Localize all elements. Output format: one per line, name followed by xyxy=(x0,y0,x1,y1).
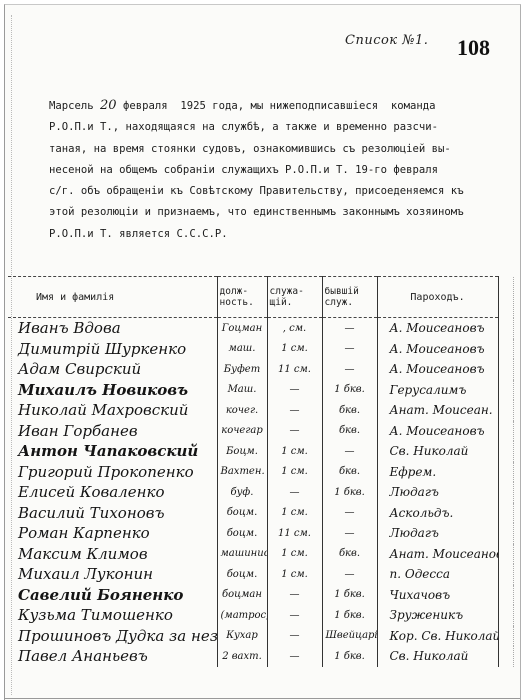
former-service-cell: 1 бкв. xyxy=(322,482,377,503)
handwritten-date: 20 xyxy=(100,98,117,113)
ship-cell: Св. Николай xyxy=(377,441,498,462)
former-service-cell: Швейцарія xyxy=(322,626,377,647)
position-cell: боцман xyxy=(217,585,267,606)
crew-name-cell: Максим Климов xyxy=(8,544,217,565)
crew-name-cell: Адам Свирский xyxy=(8,359,217,380)
row-spacer xyxy=(498,441,513,462)
position-cell: кочегар xyxy=(217,421,267,442)
crew-name-cell: Антон Чапаковский xyxy=(8,441,217,462)
statement-line: февраля 1925 года, мы нижеподписавшіеся … xyxy=(117,100,436,112)
crew-name-cell: Григорий Прокопенко xyxy=(8,462,217,483)
term-cell: — xyxy=(267,626,322,647)
table-row: Михаил Луконинбоцм.1 см.—п. Одесса xyxy=(8,564,513,585)
position-cell: кочег. xyxy=(217,400,267,421)
former-service-cell: бкв. xyxy=(322,421,377,442)
statement-line: Р.О.П.и Т. является С.С.С.Р. xyxy=(49,228,228,240)
ship-cell: Св. Николай xyxy=(377,646,498,667)
statement-line: Р.О.П.и Т., находящаяся на службѣ, а так… xyxy=(49,121,438,133)
statement-line: этой резолюціи и признаемъ, что единстве… xyxy=(49,206,464,218)
ship-cell: А. Моисеановъ xyxy=(377,318,498,339)
crew-name-cell: Иванъ Вдова xyxy=(8,318,217,339)
table-row: Василий Тихоновъбоцм.1 см.—Аскольдъ. xyxy=(8,503,513,524)
term-cell: — xyxy=(267,605,322,626)
crew-name-cell: Павел Ананьевъ xyxy=(8,646,217,667)
crew-name-cell: Василий Тихоновъ xyxy=(8,503,217,524)
table-row: Павел Ананьевъ2 вахт.—1 бкв.Св. Николай xyxy=(8,646,513,667)
table-row: Михаилъ НовиковъМаш.—1 бкв.Герусалимъ xyxy=(8,380,513,401)
table-row: Максим Климовмашинист1 см.бкв.Анат. Моис… xyxy=(8,544,513,565)
position-cell: маш. xyxy=(217,339,267,360)
former-service-cell: — xyxy=(322,523,377,544)
term-cell: , см. xyxy=(267,318,322,339)
crew-name-cell: Михаилъ Новиковъ xyxy=(8,380,217,401)
table-row: Иван Горбаневкочегар—бкв.А. Моисеановъ xyxy=(8,421,513,442)
position-cell: Гоцман xyxy=(217,318,267,339)
row-spacer xyxy=(498,339,513,360)
table-row: Григорий ПрокопенкоВахтен.1 см.бкв.Ефрем… xyxy=(8,462,513,483)
position-cell: Вахтен. xyxy=(217,462,267,483)
ship-cell: Людагъ xyxy=(377,482,498,503)
row-spacer xyxy=(498,605,513,626)
table-header-row: Имя и фамилія долж- ность. служа- щій. б… xyxy=(8,277,513,318)
crew-name-cell: Димитрій Шуркенко xyxy=(8,339,217,360)
crew-name-cell: Елисей Коваленко xyxy=(8,482,217,503)
term-cell: 1 см. xyxy=(267,339,322,360)
former-service-cell: 1 бкв. xyxy=(322,646,377,667)
crew-name-cell: Николай Махровский xyxy=(8,400,217,421)
table-row: Адам СвирскийБуфет11 см.—А. Моисеановъ xyxy=(8,359,513,380)
page-number: 108 xyxy=(457,35,490,61)
position-cell: Маш. xyxy=(217,380,267,401)
position-cell: боцм. xyxy=(217,564,267,585)
position-cell: боцм. xyxy=(217,523,267,544)
ship-cell: Ефрем. xyxy=(377,462,498,483)
position-cell: машинист xyxy=(217,544,267,565)
crew-roster-table: Имя и фамилія долж- ность. служа- щій. б… xyxy=(8,276,514,667)
former-service-cell: — xyxy=(322,339,377,360)
former-service-cell: 1 бкв. xyxy=(322,380,377,401)
former-service-cell: 1 бкв. xyxy=(322,605,377,626)
list-title: Список №1. xyxy=(345,33,428,48)
former-service-cell: бкв. xyxy=(322,544,377,565)
term-cell: — xyxy=(267,482,322,503)
page-bottom-edge xyxy=(4,698,520,699)
term-cell: 1 см. xyxy=(267,564,322,585)
term-cell: — xyxy=(267,380,322,401)
statement-line: Марсель xyxy=(49,100,100,112)
term-cell: 1 см. xyxy=(267,503,322,524)
position-cell: боцм. xyxy=(217,503,267,524)
position-cell: Буфет xyxy=(217,359,267,380)
crew-name-cell: Михаил Луконин xyxy=(8,564,217,585)
former-service-cell: — xyxy=(322,503,377,524)
former-service-cell: — xyxy=(322,318,377,339)
row-spacer xyxy=(498,400,513,421)
ship-cell: Анат. Моисеан. xyxy=(377,400,498,421)
ship-cell: п. Одесса xyxy=(377,564,498,585)
table-row: Николай Махровскийкочег.—бкв.Анат. Моисе… xyxy=(8,400,513,421)
former-service-cell: бкв. xyxy=(322,400,377,421)
position-cell: Кухар xyxy=(217,626,267,647)
statement-line: несеной на общемъ собраніи служащихъ Р.О… xyxy=(49,164,438,176)
term-cell: — xyxy=(267,400,322,421)
crew-name-cell: Кузьма Тимошенко xyxy=(8,605,217,626)
position-cell: Боцм. xyxy=(217,441,267,462)
term-cell: 1 см. xyxy=(267,462,322,483)
table-row: Кузьма Тимошенко(матрос)—1 бкв.Зруженикъ xyxy=(8,605,513,626)
term-cell: — xyxy=(267,646,322,667)
row-spacer xyxy=(498,564,513,585)
table-row: Иванъ ВдоваГоцман, см.—А. Моисеановъ xyxy=(8,318,513,339)
former-service-cell: 1 бкв. xyxy=(322,585,377,606)
statement-line: таная, на время стоянки судовъ, ознакоми… xyxy=(49,143,451,155)
former-service-cell: — xyxy=(322,564,377,585)
table-row: Прошиновъ Дудка за нез. олк.Кухар—Швейца… xyxy=(8,626,513,647)
row-spacer xyxy=(498,503,513,524)
header-name: Имя и фамилія xyxy=(8,277,217,318)
table-row: Роман Карпенкобоцм.11 см.—Людагъ xyxy=(8,523,513,544)
term-cell: 11 см. xyxy=(267,359,322,380)
row-spacer xyxy=(498,523,513,544)
position-cell: (матрос) xyxy=(217,605,267,626)
term-cell: 1 см. xyxy=(267,544,322,565)
ship-cell: А. Моисеановъ xyxy=(377,359,498,380)
table-row: Антон ЧапаковскийБоцм.1 см.—Св. Николай xyxy=(8,441,513,462)
crew-name-cell: Прошиновъ Дудка за нез. олк. xyxy=(8,626,217,647)
statement-paragraph: Марсель 20 февраля 1925 года, мы нижепод… xyxy=(49,95,499,245)
table-row: Димитрій Шуркенкомаш.1 см.—А. Моисеановъ xyxy=(8,339,513,360)
row-spacer xyxy=(498,359,513,380)
header-ship: Пароходъ. xyxy=(377,277,498,318)
term-cell: — xyxy=(267,421,322,442)
header-position: долж- ность. xyxy=(217,277,267,318)
term-cell: 11 см. xyxy=(267,523,322,544)
ship-cell: Людагъ xyxy=(377,523,498,544)
ship-cell: А. Моисеановъ xyxy=(377,339,498,360)
position-cell: буф. xyxy=(217,482,267,503)
crew-name-cell: Савелий Бояненко xyxy=(8,585,217,606)
former-service-cell: — xyxy=(322,359,377,380)
table-row: Елисей Коваленкобуф.—1 бкв.Людагъ xyxy=(8,482,513,503)
table-body: Иванъ ВдоваГоцман, см.—А. МоисеановъДими… xyxy=(8,318,513,667)
crew-name-cell: Роман Карпенко xyxy=(8,523,217,544)
row-spacer xyxy=(498,380,513,401)
header-former: бывшій служ. xyxy=(322,277,377,318)
ship-cell: А. Моисеановъ xyxy=(377,421,498,442)
former-service-cell: — xyxy=(322,441,377,462)
ship-cell: Кор. Св. Николай xyxy=(377,626,498,647)
row-spacer xyxy=(498,544,513,565)
table-row: Савелий Бояненкобоцман—1 бкв.Чихачовъ xyxy=(8,585,513,606)
term-cell: 1 см. xyxy=(267,441,322,462)
ship-cell: Аскольдъ. xyxy=(377,503,498,524)
crew-name-cell: Иван Горбанев xyxy=(8,421,217,442)
header-spacer xyxy=(498,277,513,318)
row-spacer xyxy=(498,421,513,442)
ship-cell: Анат. Моисеановъ xyxy=(377,544,498,565)
statement-line: с/г. объ обращеніи къ Совѣтскому Правите… xyxy=(49,185,464,197)
header-term: служа- щій. xyxy=(267,277,322,318)
position-cell: 2 вахт. xyxy=(217,646,267,667)
term-cell: — xyxy=(267,585,322,606)
row-spacer xyxy=(498,585,513,606)
row-spacer xyxy=(498,462,513,483)
ship-cell: Зруженикъ xyxy=(377,605,498,626)
former-service-cell: бкв. xyxy=(322,462,377,483)
ship-cell: Чихачовъ xyxy=(377,585,498,606)
row-spacer xyxy=(498,626,513,647)
row-spacer xyxy=(498,482,513,503)
row-spacer xyxy=(498,646,513,667)
row-spacer xyxy=(498,318,513,339)
ship-cell: Герусалимъ xyxy=(377,380,498,401)
